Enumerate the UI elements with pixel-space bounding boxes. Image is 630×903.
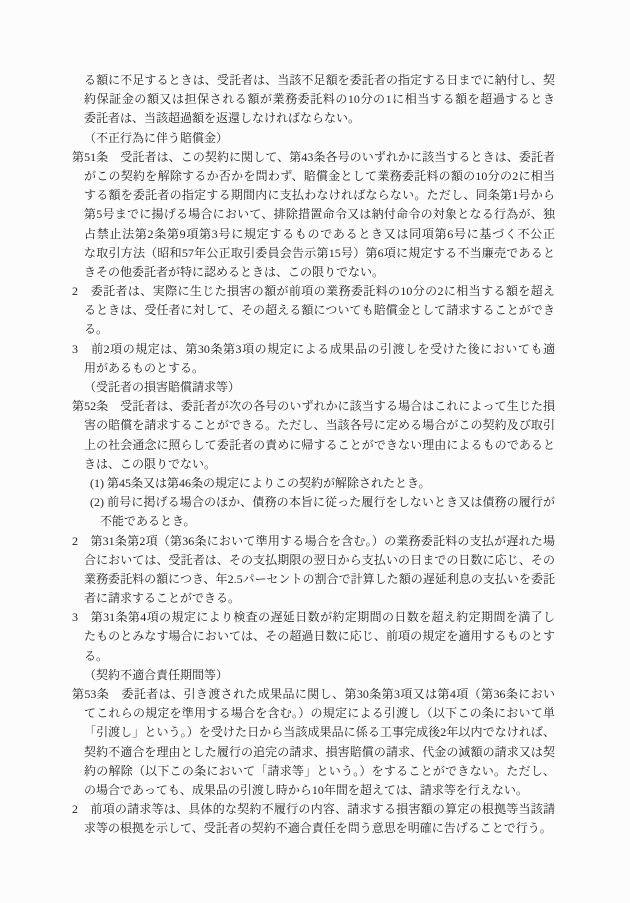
paragraph-3-line: たものとみなす場合においては、その超過日数に応じ、前項の規定を適用するものとす [72, 627, 555, 646]
carryover-line: る額に不足するときは、受託者は、当該不足額を委託者の指定する日までに納付し、契 [72, 71, 555, 90]
article-51-line: 第51条 受託者は、この契約に関して、第43条各号のいずれかに該当するときは、委… [72, 148, 555, 167]
paragraph-2-line: 2 第31条第2項（第36条において準用する場合を含む。）の業務委託料の支払が遅… [72, 532, 555, 551]
paragraph-2-line: 2 委託者は、実際に生じた損害の額が前項の業務委託料の10分の2に相当する額を超… [72, 282, 555, 301]
article-52-line: きは、この限りでない。 [72, 455, 555, 474]
item-2-line: 不能であるとき。 [72, 512, 555, 531]
paragraph-2-line: 業務委託料の額につき、年2.5パーセントの割合で計算した額の遅延利息の支払いを委… [72, 570, 555, 589]
paragraph-2-line: るときは、受任者に対して、その超える額についても賠償金として請求することができ [72, 301, 555, 320]
paragraph-2-line: 合においては、受託者は、その支払期限の翌日から支払いの日までの日数に応じ、その [72, 551, 555, 570]
paragraph-2-line: 者に請求することができる。 [72, 589, 555, 608]
paragraph-2-line: 2 前項の請求等は、具体的な契約不履行の内容、請求する損害額の算定の根拠等当該請 [72, 800, 555, 819]
article-52-line: 上の社会通念に照らして委託者の責めに帰することができない理由によるものであると [72, 436, 555, 455]
paragraph-2-line: る。 [72, 320, 555, 339]
clause-heading: （受託者の損害賠償請求等） [72, 378, 555, 397]
document-body: る額に不足するときは、受託者は、当該不足額を委託者の指定する日までに納付し、契約… [72, 71, 555, 839]
article-52-line: 第52条 受託者は、委託者が次の各号のいずれかに該当する場合はこれによって生じた… [72, 397, 555, 416]
item-2-line: (2) 前号に掲げる場合のほか、債務の本旨に従った履行をしないとき又は債務の履行… [72, 493, 555, 512]
article-53-line: 第53条 委託者は、引き渡された成果品に関し、第30条第3項又は第4項（第36条… [72, 685, 555, 704]
article-53-line: 契約不適合を理由とした履行の追完の請求、損害賠償の請求、代金の減額の請求又は契 [72, 743, 555, 762]
article-51-line: 占禁止法第2条第9項第3号に規定するものであるとき又は同項第6号に基づく不公正 [72, 225, 555, 244]
carryover-line: 委託者は、当該超過額を返還しなければならない。 [72, 109, 555, 128]
item-1-line: (1) 第45条又は第46条の規定によりこの契約が解除されたとき。 [72, 474, 555, 493]
article-51-line: きその他委託者が特に認めるときは、この限りでない。 [72, 263, 555, 282]
paragraph-3-line: 3 前2項の規定は、第30条第3項の規定による成果品の引渡しを受けた後においても… [72, 340, 555, 359]
paragraph-3-line: 3 第31条第4項の規定により検査の遅延日数が約定期間の日数を超え約定期間を満了… [72, 608, 555, 627]
carryover-line: 約保証金の額又は担保される額が業務委託料の10分の1に相当する額を超過するときは… [72, 90, 555, 109]
article-53-line: の場合であっても、成果品の引渡し時から10年間を超えては、請求等を行えない。 [72, 781, 555, 800]
article-53-line: 約の解除（以下この条において「請求等」という。）をすることができない。ただし、こ [72, 762, 555, 781]
article-51-line: がこの契約を解除するか否かを問わず、賠償金として業務委託料の額の10分の2に相当 [72, 167, 555, 186]
article-51-line: 第5号までに揚げる場合において、排除措置命令又は納付命令の対象となる行為が、独 [72, 205, 555, 224]
clause-heading: （契約不適合責任期間等） [72, 666, 555, 685]
article-52-line: 害の賠償を請求することができる。ただし、当該各号に定める場合がこの契約及び取引 [72, 416, 555, 435]
article-51-line: する額を委託者の指定する期間内に支払わなければならない。ただし、同条第1号から [72, 186, 555, 205]
clause-heading: （不正行為に伴う賠償金） [72, 129, 555, 148]
article-53-line: 「引渡し」という。）を受けた日から当該成果品に係る工事完成後2年以内でなければ、 [72, 723, 555, 742]
paragraph-3-line: る。 [72, 647, 555, 666]
document-page: る額に不足するときは、受託者は、当該不足額を委託者の指定する日までに納付し、契約… [0, 0, 630, 903]
article-53-line: てこれらの規定を準用する場合を含む。）の規定による引渡し（以下この条において単に [72, 704, 555, 723]
paragraph-2-line: 求等の根拠を示して、受託者の契約不適合責任を問う意思を明確に告げることで行う。 [72, 819, 555, 838]
paragraph-3-line: 用があるものとする。 [72, 359, 555, 378]
article-51-line: な取引方法（昭和57年公正取引委員会告示第15号）第6項に規定する不当廉売である… [72, 244, 555, 263]
